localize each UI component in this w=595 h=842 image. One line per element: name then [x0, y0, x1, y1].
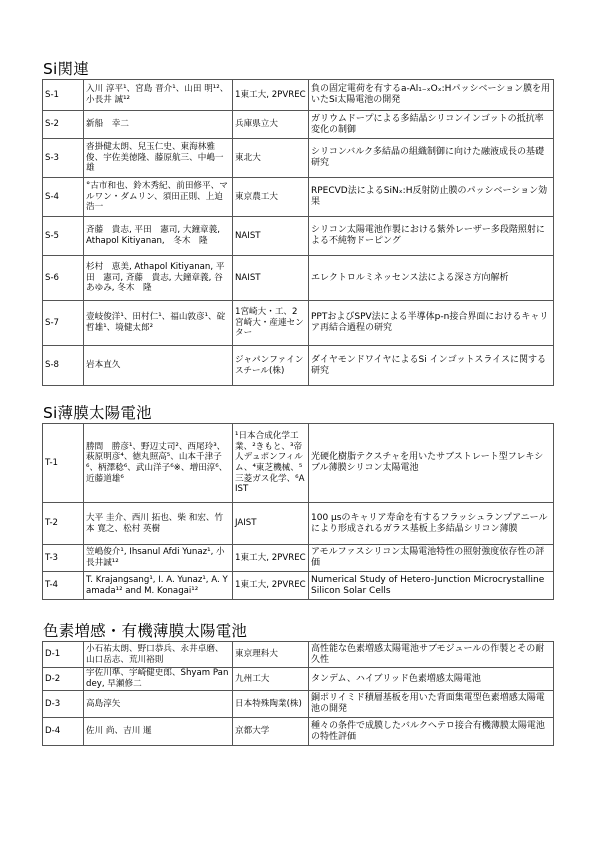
title-cell: 種々の条件で成膜したバルクヘテロ接合有機薄膜太陽電池の特性評価 [309, 718, 554, 746]
presentation-id: T-4 [43, 572, 84, 600]
table-row: S-1入川 淳平¹、宮島 晋介¹、山田 明¹²、小長井 誠¹²1東工大, 2PV… [43, 80, 554, 111]
table-row: S-7壹岐俊洋¹、田村仁¹、福山敦彦¹、碇哲雄¹、境健太郎²1宮崎大・工、2宮崎… [43, 301, 554, 346]
title-cell: ダイヤモンドワイヤによるSi インゴットスライスに関する研究 [309, 346, 554, 386]
presentation-id: S-5 [43, 217, 84, 256]
presentation-id: T-3 [43, 545, 84, 572]
authors-cell: 壹岐俊洋¹、田村仁¹、福山敦彦¹、碇哲雄¹、境健太郎² [84, 301, 233, 346]
authors-cell: 宇佐川準、宇崎健史郎、Shyam Pandey, 早瀬修二 [84, 668, 233, 691]
affiliation-cell: 九州工大 [233, 668, 309, 691]
section-title-si: Si関連 [43, 60, 89, 78]
affiliation-cell: 東京理科大 [233, 642, 309, 668]
affiliation-cell: 1東工大, 2PVREC [233, 545, 309, 572]
affiliation-cell: NAIST [233, 217, 309, 256]
authors-cell: 勝間 勝彦¹、野辺丈司²、西尾玲³、萩原明彦⁴、徳丸照高⁵、山本千津子⁶、柄澤稔… [84, 424, 233, 503]
presentation-id: D-1 [43, 642, 84, 668]
table-row: S-8岩本直久ジャパンファインスチール(株)ダイヤモンドワイヤによるSi インゴ… [43, 346, 554, 386]
title-cell: 負の固定電荷を有するa-Al₁₋ₓOₓ:Hパッシベーション膜を用いたSi太陽電池… [309, 80, 554, 111]
table-si: S-1入川 淳平¹、宮島 晋介¹、山田 明¹²、小長井 誠¹²1東工大, 2PV… [42, 79, 554, 386]
section-title-dye-organic: 色素増感・有機薄膜太陽電池 [43, 622, 247, 640]
presentation-id: D-4 [43, 718, 84, 746]
presentation-id: S-8 [43, 346, 84, 386]
title-cell: アモルファスシリコン太陽電池特性の照射強度依存性の評価 [309, 545, 554, 572]
table-row: D-4佐川 尚、吉川 暹京都大学種々の条件で成膜したバルクヘテロ接合有機薄膜太陽… [43, 718, 554, 746]
authors-cell: 佐川 尚、吉川 暹 [84, 718, 233, 746]
authors-cell: 笠嶋俊介¹, Ihsanul Afdi Yunaz¹, 小長井誠¹² [84, 545, 233, 572]
table-row: T-2大平 圭介、西川 拓也、柴 和宏、竹本 寛之、松村 英樹JAIST100 … [43, 503, 554, 545]
affiliation-cell: 兵庫県立大 [233, 111, 309, 139]
affiliation-cell: ジャパンファインスチール(株) [233, 346, 309, 386]
title-cell: エレクトロルミネッセンス法による深さ方向解析 [309, 256, 554, 301]
authors-cell: 新船 幸二 [84, 111, 233, 139]
title-cell: PPTおよびSPV法による半導体p-n接合界面におけるキャリア再結合過程の研究 [309, 301, 554, 346]
title-cell: シリコンバルク多結晶の組織制御に向けた融液成長の基礎研究 [309, 139, 554, 178]
title-cell: 高性能な色素増感太陽電池サブモジュールの作製とその耐久性 [309, 642, 554, 668]
affiliation-cell: 1東工大, 2PVREC [233, 80, 309, 111]
table-row: S-2新船 幸二兵庫県立大ガリウムドープによる多結晶シリコンインゴットの抵抗率変… [43, 111, 554, 139]
title-cell: 100 μsのキャリア寿命を有するフラッシュランプアニールにより形成されるガラス… [309, 503, 554, 545]
authors-cell: °古市和也、鈴木秀紀、前田修平、マルワン・ダムリン、須田正則、上迫浩一 [84, 178, 233, 217]
authors-cell: 斉藤 貴志, 平田 憲司, 大鐘章義, Athapol Kitiyanan, 冬… [84, 217, 233, 256]
authors-cell: T. Krajangsang¹, I. A. Yunaz¹, A. Yamada… [84, 572, 233, 600]
table-row: S-6杉村 恵美, Athapol Kitiyanan, 平田 憲司, 斉藤 貴… [43, 256, 554, 301]
presentation-id: D-3 [43, 691, 84, 718]
table-row: T-3笠嶋俊介¹, Ihsanul Afdi Yunaz¹, 小長井誠¹²1東工… [43, 545, 554, 572]
table-row: D-3高島淳矢日本特殊陶業(株)銅ポリイミド積層基板を用いた背面集電型色素増感太… [43, 691, 554, 718]
title-cell: Numerical Study of Hetero-Junction Micro… [309, 572, 554, 600]
authors-cell: 入川 淳平¹、宮島 晋介¹、山田 明¹²、小長井 誠¹² [84, 80, 233, 111]
affiliation-cell: ¹日本合成化学工業、²きもと、³帝人デュポンフィルム、⁴東芝機械、⁵三菱ガス化学… [233, 424, 309, 503]
table-row: D-1小石祐太朗、野口恭兵、永井卓磨、山口岳志、荒川裕則東京理科大高性能な色素増… [43, 642, 554, 668]
presentation-id: S-6 [43, 256, 84, 301]
presentation-id: S-4 [43, 178, 84, 217]
presentation-id: T-1 [43, 424, 84, 503]
table-dye-organic: D-1小石祐太朗、野口恭兵、永井卓磨、山口岳志、荒川裕則東京理科大高性能な色素増… [42, 641, 554, 746]
presentation-id: S-1 [43, 80, 84, 111]
title-cell: シリコン太陽電池作製における紫外レーザー多段階照射による不純物ドーピング [309, 217, 554, 256]
authors-cell: 岩本直久 [84, 346, 233, 386]
section-title-si-thin-film: Si薄膜太陽電池 [43, 404, 152, 422]
table-row: S-3沓掛健太朗、兒玉仁史、東海林雅俊、宇佐美徳隆、藤原航三、中嶋一雄東北大シリ… [43, 139, 554, 178]
presentation-id: S-3 [43, 139, 84, 178]
affiliation-cell: 東北大 [233, 139, 309, 178]
table-row: S-4°古市和也、鈴木秀紀、前田修平、マルワン・ダムリン、須田正則、上迫浩一東京… [43, 178, 554, 217]
authors-cell: 杉村 恵美, Athapol Kitiyanan, 平田 憲司, 斉藤 貴志, … [84, 256, 233, 301]
presentation-id: S-7 [43, 301, 84, 346]
affiliation-cell: 東京農工大 [233, 178, 309, 217]
affiliation-cell: 日本特殊陶業(株) [233, 691, 309, 718]
presentation-id: D-2 [43, 668, 84, 691]
title-cell: 光硬化樹脂テクスチャを用いたサブストレート型フレキシブル薄膜シリコン太陽電池 [309, 424, 554, 503]
table-row: S-5斉藤 貴志, 平田 憲司, 大鐘章義, Athapol Kitiyanan… [43, 217, 554, 256]
affiliation-cell: NAIST [233, 256, 309, 301]
title-cell: タンデム、ハイブリッド色素増感太陽電池 [309, 668, 554, 691]
table-row: T-4T. Krajangsang¹, I. A. Yunaz¹, A. Yam… [43, 572, 554, 600]
authors-cell: 高島淳矢 [84, 691, 233, 718]
affiliation-cell: JAIST [233, 503, 309, 545]
authors-cell: 大平 圭介、西川 拓也、柴 和宏、竹本 寛之、松村 英樹 [84, 503, 233, 545]
affiliation-cell: 京都大学 [233, 718, 309, 746]
presentation-id: S-2 [43, 111, 84, 139]
authors-cell: 小石祐太朗、野口恭兵、永井卓磨、山口岳志、荒川裕則 [84, 642, 233, 668]
table-row: T-1勝間 勝彦¹、野辺丈司²、西尾玲³、萩原明彦⁴、徳丸照高⁵、山本千津子⁶、… [43, 424, 554, 503]
affiliation-cell: 1宮崎大・工、2宮崎大・産連センター [233, 301, 309, 346]
presentation-id: T-2 [43, 503, 84, 545]
authors-cell: 沓掛健太朗、兒玉仁史、東海林雅俊、宇佐美徳隆、藤原航三、中嶋一雄 [84, 139, 233, 178]
title-cell: RPECVD法によるSiNₓ:H反射防止膜のパッシベーション効果 [309, 178, 554, 217]
table-row: D-2宇佐川準、宇崎健史郎、Shyam Pandey, 早瀬修二九州工大タンデム… [43, 668, 554, 691]
title-cell: 銅ポリイミド積層基板を用いた背面集電型色素増感太陽電池の開発 [309, 691, 554, 718]
affiliation-cell: 1東工大, 2PVREC [233, 572, 309, 600]
table-si-thin-film: T-1勝間 勝彦¹、野辺丈司²、西尾玲³、萩原明彦⁴、徳丸照高⁵、山本千津子⁶、… [42, 423, 554, 600]
title-cell: ガリウムドープによる多結晶シリコンインゴットの抵抗率変化の制御 [309, 111, 554, 139]
